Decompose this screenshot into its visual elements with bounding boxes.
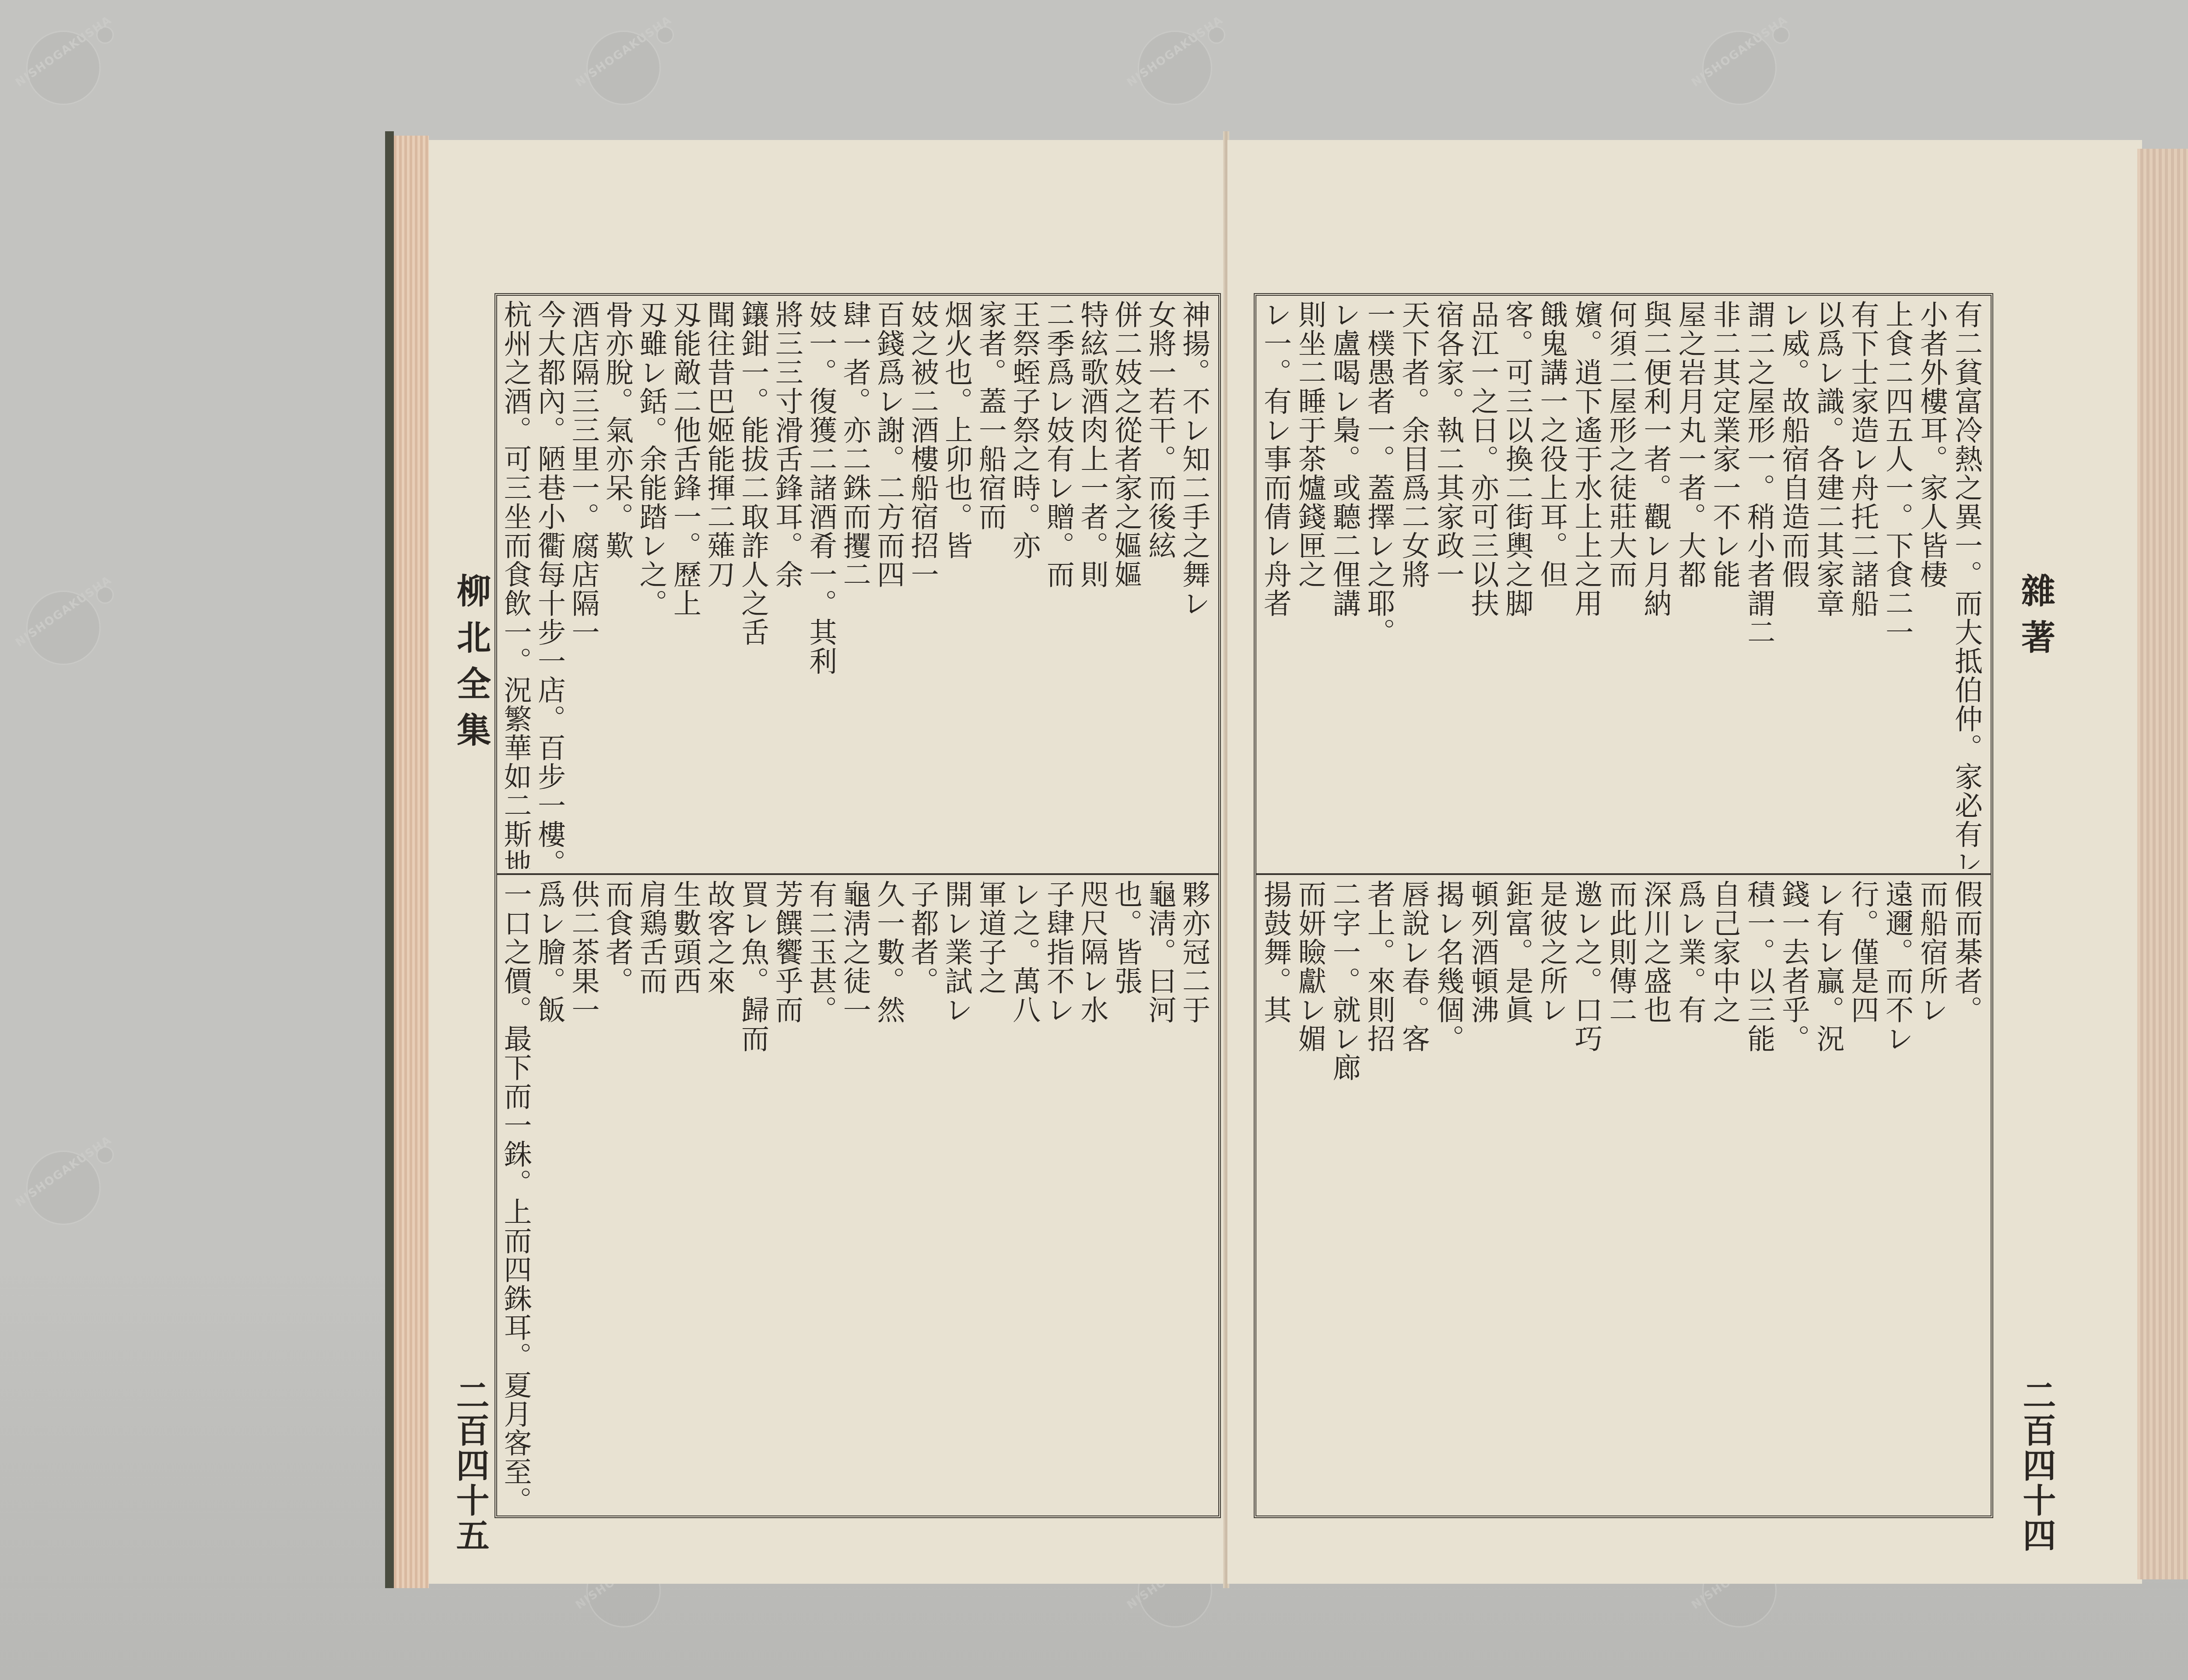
text-column: 何須二屋形之徒莊大而: [1606, 300, 1641, 869]
text-column: 嬪。逍下遙于水上上之用: [1572, 300, 1606, 869]
text-column: 是彼之所レ: [1537, 880, 1572, 1511]
text-column: 積一。以三能: [1744, 880, 1779, 1511]
text-column: 而食者。: [603, 880, 637, 1511]
page-number: 二百四十五: [446, 1378, 494, 1553]
text-column: 芳饌饗乎而: [773, 880, 807, 1511]
text-column: 酒店隔三三里一。腐店隔一: [569, 300, 603, 869]
text-column: 謂二之屋形一。稍小者謂二: [1744, 300, 1779, 869]
right-page: 雜著 二百四十四 有二貧富冷熱之異一。而大抵伯仲。家必有レ樓。 小者外樓耳。家人…: [1227, 140, 2142, 1584]
register-divider: [1256, 873, 1991, 875]
open-book: 柳北全集 二百四十五 神揚。不レ知二手之舞レ 女將一若干。而後絃 併二妓之從者家…: [385, 131, 2188, 1592]
text-column: 將三三寸滑舌鋒耳。余: [773, 300, 807, 869]
watermark-logo: NISHOGAKUSHA: [569, 9, 678, 118]
text-column: 錢一去者乎。: [1779, 880, 1813, 1511]
text-column: 有二貧富冷熱之異一。而大抵伯仲。家必有レ樓。: [1952, 300, 1986, 869]
text-column: 骨亦脫。氣亦呆。歎: [603, 300, 637, 869]
text-frame: 有二貧富冷熱之異一。而大抵伯仲。家必有レ樓。 小者外樓耳。家人皆棲 上食二四五人…: [1254, 293, 1993, 1518]
text-column: 肆一者。亦二銖而攫二: [841, 300, 875, 869]
text-column: 客。可三以換二街輿之脚: [1503, 300, 1537, 869]
text-column: 開レ業試レ: [943, 880, 977, 1511]
text-column: 品江一之日。亦可三以扶: [1468, 300, 1503, 869]
lower-register: 假而棊者。 而船宿所レ 遠邇。而不レ 行。僅是四 レ有レ贏。況 錢一去者乎。 積…: [1261, 880, 1986, 1511]
text-column: 龜淸。曰河: [1146, 880, 1180, 1511]
text-column: 揭レ名幾個。: [1434, 880, 1468, 1511]
text-column: 妓之被二酒樓船宿招一: [908, 300, 943, 869]
text-column: レ之。萬八: [1010, 880, 1045, 1511]
text-column: 肩鶏舌而: [637, 880, 671, 1511]
text-column: 與二便利一者。觀レ月納: [1641, 300, 1675, 869]
text-column: レ有レ贏。況: [1813, 880, 1848, 1511]
text-column: 而此則傳二: [1606, 880, 1641, 1511]
text-column: 鉅富。是眞: [1503, 880, 1537, 1511]
text-column: 刄能敵二他舌鋒一。歷上: [671, 300, 705, 869]
text-column: レ一。有レ事而倩レ舟者: [1261, 300, 1295, 869]
text-column: 也。皆張: [1112, 880, 1146, 1511]
lower-register: 夥亦冠二于 龜淸。曰河 也。皆張 咫尺隔レ水 子肆指不レ レ之。萬八 軍道子之 …: [501, 880, 1214, 1511]
text-column: 軍道子之: [976, 880, 1010, 1511]
text-column: 而妍瞼獻レ媚: [1295, 880, 1330, 1511]
text-column: 宿各家。執二其家政一: [1434, 300, 1468, 869]
text-frame: 神揚。不レ知二手之舞レ 女將一若干。而後絃 併二妓之從者家之嫗嫗 特絃歌酒肉上一…: [494, 293, 1221, 1518]
page-stack-right: [2137, 149, 2188, 1579]
text-column: 神揚。不レ知二手之舞レ: [1180, 300, 1214, 869]
text-column: 一樸愚者一。蓋擇レ之耶。: [1364, 300, 1399, 869]
left-page: 柳北全集 二百四十五 神揚。不レ知二手之舞レ 女將一若干。而後絃 併二妓之從者家…: [429, 140, 1225, 1584]
text-column: 特絃歌酒肉上一者。則: [1078, 300, 1112, 869]
text-column: 咫尺隔レ水: [1078, 880, 1112, 1511]
text-column: 爲レ業。有: [1675, 880, 1710, 1511]
text-column: 鑲鉗一。能拔二取詐人之舌: [739, 300, 773, 869]
text-column: 遠邇。而不レ: [1883, 880, 1917, 1511]
text-column: 家者。蓋一船宿而: [976, 300, 1010, 869]
text-column: 子都者。: [908, 880, 943, 1511]
watermark-logo: NISHOGAKUSHA: [9, 1129, 118, 1238]
text-column: レ盧喝レ梟。或聽二俚講: [1330, 300, 1364, 869]
text-column: 王祭蛭子祭之時。亦: [1010, 300, 1045, 869]
text-column: 則坐二睡于茶爐錢匣之: [1295, 300, 1330, 869]
text-column: 烟火也。上卯也。皆: [943, 300, 977, 869]
text-column: レ威。故船宿自造而假: [1779, 300, 1813, 869]
book-cover-edge: [385, 131, 394, 1588]
text-column: 揚鼓舞。其: [1261, 880, 1295, 1511]
text-column: 買レ魚。歸而: [739, 880, 773, 1511]
text-column: 爲レ膾。飯: [535, 880, 569, 1511]
watermark-logo: NISHOGAKUSHA: [9, 9, 118, 118]
text-column: 女將一若干。而後絃: [1146, 300, 1180, 869]
text-column: 深川之盛也: [1641, 880, 1675, 1511]
text-column: 行。僅是四: [1848, 880, 1883, 1511]
text-column: 邀レ之。口巧: [1572, 880, 1606, 1511]
text-column: 二季爲レ妓有レ贈。而: [1044, 300, 1078, 869]
text-column: 一口之價。最下而一銖。上而四銖耳。夏月客至。酒前: [501, 880, 536, 1511]
page-stack-left: [394, 136, 429, 1588]
upper-register: 有二貧富冷熱之異一。而大抵伯仲。家必有レ樓。 小者外樓耳。家人皆棲 上食二四五人…: [1261, 300, 1986, 869]
watermark-logo: NISHOGAKUSHA: [9, 569, 118, 678]
register-divider: [497, 873, 1218, 875]
text-column: 子肆指不レ: [1044, 880, 1078, 1511]
watermark-logo: NISHOGAKUSHA: [1685, 9, 1794, 118]
text-column: 屋之岩月丸一者。大都: [1675, 300, 1710, 869]
page-number: 二百四十四: [2013, 1378, 2061, 1553]
text-column: 頓列酒頓沸: [1468, 880, 1503, 1511]
text-column: 假而棊者。: [1952, 880, 1986, 1511]
text-column: 以爲レ識。各建二其家章: [1813, 300, 1848, 869]
text-column: 久一數。然: [875, 880, 909, 1511]
text-column: 今大都內。陋巷小衢每十步一店。百步一樓。松江之鱸: [535, 300, 569, 869]
text-column: 有下士家造レ舟托二諸船: [1848, 300, 1883, 869]
text-column: 故客之來: [705, 880, 739, 1511]
running-head: 雜著: [2011, 573, 2060, 666]
text-column: 妓一。復獲二諸酒肴一。其利: [807, 300, 841, 869]
text-column: 餓鬼講一之役上耳。但: [1537, 300, 1572, 869]
text-column: 二字一。就レ廊: [1330, 880, 1364, 1511]
text-column: 百錢爲レ謝。二方而四: [875, 300, 909, 869]
text-column: 者上。來則招: [1364, 880, 1399, 1511]
text-column: 而船宿所レ: [1917, 880, 1952, 1511]
text-column: 天下者。余目爲二女將: [1399, 300, 1434, 869]
text-column: 有二玉甚。: [807, 880, 841, 1511]
text-column: 唇說レ春。客: [1399, 880, 1434, 1511]
text-column: 刄雖レ銛。余能踏レ之。: [637, 300, 671, 869]
watermark-logo: NISHOGAKUSHA: [1120, 9, 1230, 118]
text-column: 夥亦冠二于: [1180, 880, 1214, 1511]
text-column: 併二妓之從者家之嫗嫗: [1112, 300, 1146, 869]
text-column: 供二茶果一: [569, 880, 603, 1511]
text-column: 龜淸之徒一: [841, 880, 875, 1511]
text-column: 生數頭西: [671, 880, 705, 1511]
upper-register: 神揚。不レ知二手之舞レ 女將一若干。而後絃 併二妓之從者家之嫗嫗 特絃歌酒肉上一…: [501, 300, 1214, 869]
text-column: 杭州之酒。可三坐而食飲一。況繁華如二斯地一者乎。酒樓之: [501, 300, 536, 869]
text-column: 聞往昔巴姬能揮二薙刀: [705, 300, 739, 869]
text-column: 自己家中之: [1710, 880, 1744, 1511]
running-head: 柳北全集: [446, 573, 495, 759]
text-column: 上食二四五人一。下食二一: [1883, 300, 1917, 869]
text-column: 小者外樓耳。家人皆棲: [1917, 300, 1952, 869]
text-column: 非二其定業家一不レ能: [1710, 300, 1744, 869]
